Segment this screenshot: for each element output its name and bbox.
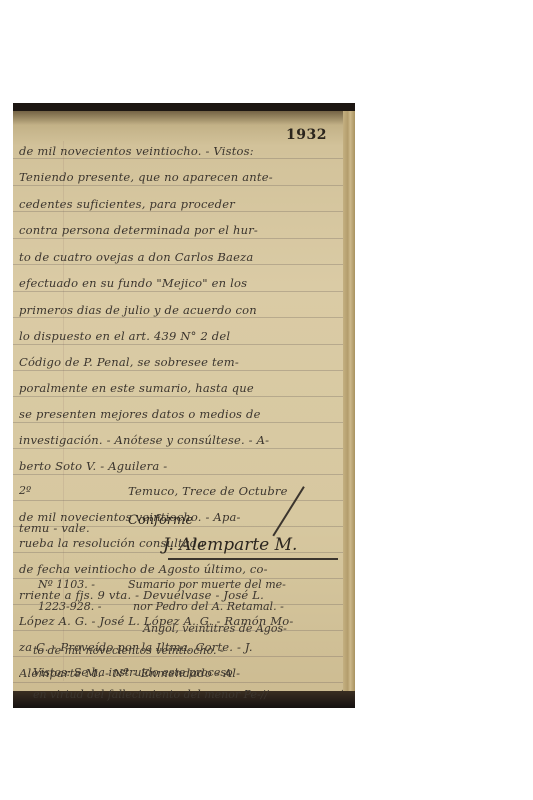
- text-line: to de cuatro ovejas a don Carlos Baeza: [19, 250, 339, 264]
- ruled-line: [13, 370, 343, 371]
- entry-heading: Angol, veintitres de Agos-: [143, 622, 287, 635]
- margin-note: 2º: [19, 484, 31, 497]
- entry-heading: nor Pedro del A. Retamal. -: [133, 600, 284, 613]
- ruled-line: [13, 264, 343, 265]
- year-header: 1932: [286, 127, 327, 143]
- text-line: primeros dias de julio y de acuerdo con: [19, 303, 339, 317]
- scanned-ledger-page: 1932 de mil novecientos veintiocho. - Vi…: [13, 103, 355, 708]
- text-line: poralmente en este sumario, hasta que: [19, 381, 339, 395]
- ruled-line: [13, 682, 343, 683]
- ruled-line: [13, 422, 343, 423]
- text-line: Código de P. Penal, se sobresee tem-: [19, 355, 339, 369]
- signature: J. Alemparte M.: [163, 535, 297, 555]
- ruled-line: [13, 158, 343, 159]
- text-line: berto Soto V. - Aguilera -: [19, 459, 339, 473]
- text-line: lo dispuesto en el art. 439 N° 2 del: [19, 329, 339, 343]
- entry-heading: Sumario por muerte del me-: [128, 578, 286, 591]
- ruled-line: [13, 238, 343, 239]
- entry-reference: 1223-928. -: [38, 600, 101, 613]
- entry-number: Nº 1103. -: [38, 578, 95, 591]
- separator-line: [168, 558, 338, 560]
- text-line: Temuco, Trece de Octubre: [128, 484, 338, 498]
- text-line: contra persona determinada por el hur-: [19, 223, 339, 237]
- text-line: se presenten mejores datos o medios de: [19, 407, 339, 421]
- text-line: Teniendo presente, que no aparecen ante-: [19, 170, 339, 184]
- text-line: Vistos: Se ha instruido este proceso: [33, 666, 233, 679]
- text-line: investigación. - Anótese y consúltese. -…: [19, 433, 339, 447]
- text-line: efectuado en su fundo "Mejico" en los: [19, 276, 339, 290]
- conforme-text: Conforme: [128, 513, 193, 528]
- text-line: en virtud del fallecimiento del menor Pe…: [33, 688, 268, 701]
- page-edge: [343, 111, 355, 696]
- ruled-line: [13, 291, 343, 292]
- ruled-line: [13, 185, 343, 186]
- text-line: temu - vale.: [19, 521, 109, 535]
- ruled-line: [13, 448, 343, 449]
- text-line: de fecha veintiocho de Agosto último, co…: [19, 562, 339, 576]
- text-line: de mil novecientos veintiocho. - Vistos:: [19, 144, 339, 158]
- ruled-line: [13, 344, 343, 345]
- ruled-line: [13, 211, 343, 212]
- ruled-line: [13, 474, 343, 475]
- ruled-line: [13, 396, 343, 397]
- text-line: cedentes suficientes, para proceder: [19, 197, 339, 211]
- text-line: to de mil novecientos veintiocho. -: [33, 644, 224, 657]
- ruled-line: [13, 317, 343, 318]
